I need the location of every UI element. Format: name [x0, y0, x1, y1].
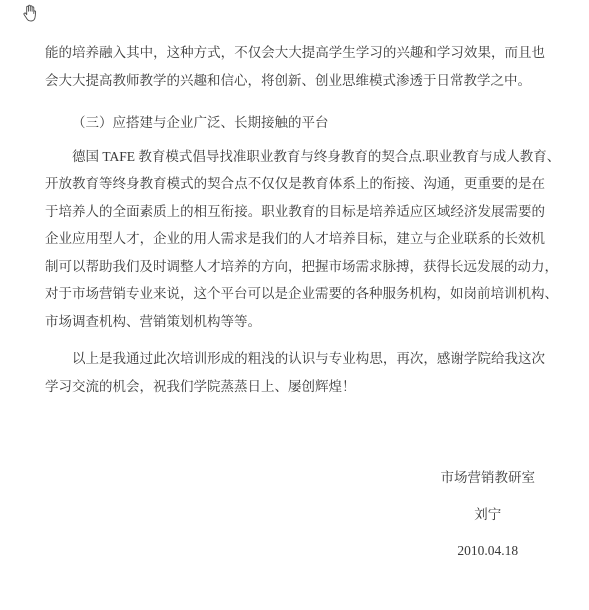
document-page[interactable]: 能的培养融入其中，这种方式，不仅会大大提高学生学习的兴趣和学习效果，而且也会大大… — [0, 0, 589, 610]
text-line: 制可以帮助我们及时调整人才培养的方向，把握市场需求脉搏，获得长远发展的动力， — [45, 253, 545, 281]
text-line: 企业应用型人才，企业的用人需求是我们的人才培养目标，建立与企业联系的长效机 — [45, 225, 545, 253]
text-line: 能的培养融入其中，这种方式，不仅会大大提高学生学习的兴趣和学习效果，而且也 — [45, 39, 545, 67]
signature-department: 市场营销教研室 — [441, 460, 536, 497]
signature-author: 刘宁 — [474, 497, 501, 534]
text-line: 学习交流的机会，祝我们学院蒸蒸日上、屡创辉煌！ — [45, 373, 545, 401]
text-line: 于培养人的全面素质上的相互衔接。职业教育的目标是培养适应区域经济发展需要的 — [45, 198, 545, 226]
text-line: 开放教育等终身教育模式的契合点不仅仅是教育体系上的衔接、沟通，更重要的是在 — [45, 170, 545, 198]
tafe-paragraph: 德国 TAFE 教育模式倡导找准职业教育与终身教育的契合点.职业教育与成人教育、… — [45, 143, 545, 336]
document-body: 能的培养融入其中，这种方式，不仅会大大提高学生学习的兴趣和学习效果，而且也会大大… — [45, 39, 545, 400]
grab-hand-icon — [21, 4, 39, 23]
text-line: 以上是我通过此次培训形成的粗浅的认识与专业构思，再次，感谢学院给我这次 — [45, 345, 545, 373]
text-line: 德国 TAFE 教育模式倡导找准职业教育与终身教育的契合点.职业教育与成人教育、 — [45, 143, 545, 171]
text-line: 市场调查机构、营销策划机构等等。 — [45, 308, 545, 336]
continuation-paragraph: 能的培养融入其中，这种方式，不仅会大大提高学生学习的兴趣和学习效果，而且也会大大… — [45, 39, 545, 94]
text-line: 会大大提高教师教学的兴趣和信心，将创新、创业思维模式渗透于日常教学之中。 — [45, 67, 545, 95]
text-line: 对于市场营销专业来说，这个平台可以是企业需要的各种服务机构，如岗前培训机构、 — [45, 280, 545, 308]
signature-block: 市场营销教研室 刘宁 2010.04.18 — [441, 460, 536, 570]
closing-paragraph: 以上是我通过此次培训形成的粗浅的认识与专业构思，再次，感谢学院给我这次学习交流的… — [45, 345, 545, 400]
section-heading: （三）应搭建与企业广泛、长期接触的平台 — [45, 109, 545, 137]
signature-date: 2010.04.18 — [457, 533, 518, 570]
text-line: （三）应搭建与企业广泛、长期接触的平台 — [45, 109, 545, 137]
